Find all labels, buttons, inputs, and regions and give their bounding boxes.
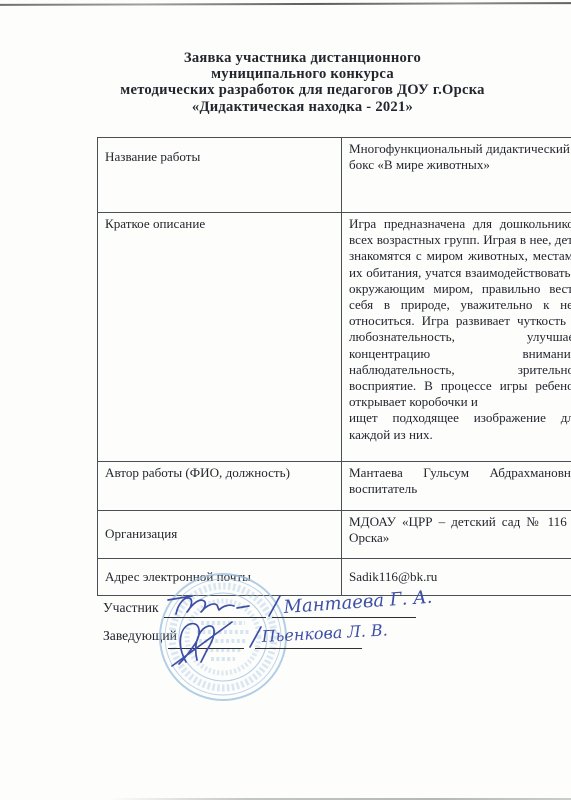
row-value-description: Игра предназначена для дошкольников всех… bbox=[342, 213, 571, 462]
row-label-email: Адрес электронной почты bbox=[98, 559, 342, 596]
row-label-organization: Организация bbox=[98, 511, 342, 559]
head-slash bbox=[250, 627, 261, 647]
row-label-author: Автор работы (ФИО, должность) bbox=[98, 462, 342, 511]
scan-edge-top bbox=[0, 2, 571, 6]
application-table: Название работы Многофункциональный дида… bbox=[97, 137, 571, 596]
page-title: Заявка участника дистанционного муниципа… bbox=[17, 50, 571, 115]
description-paragraph-1: Игра предназначена для дошкольников всех… bbox=[349, 216, 571, 410]
title-line-3: методических разработок для педагогов ДО… bbox=[17, 82, 571, 98]
head-signature-stroke bbox=[172, 622, 232, 666]
scanned-application-form: Заявка участника дистанционного муниципа… bbox=[0, 0, 571, 800]
row-value-email: Sadik116@bk.ru bbox=[342, 559, 571, 596]
description-paragraph-2: ищет подходящее изображение для каждой и… bbox=[349, 410, 571, 442]
participant-signature-stroke bbox=[168, 596, 249, 614]
table-row-description: Краткое описание Игра предназначена для … bbox=[98, 213, 571, 462]
table-row-email: Адрес электронной почты Sadik116@bk.ru bbox=[98, 559, 571, 596]
head-signature-name: Пьенкова Л. В. bbox=[260, 620, 388, 646]
row-label-description: Краткое описание bbox=[98, 213, 342, 462]
row-value-work-title: Многофункциональный дидактический бокс «… bbox=[342, 138, 571, 213]
row-value-organization: МДОАУ «ЦРР – детский сад № 116 г. Орска» bbox=[342, 511, 571, 559]
row-value-author: Мантаева Гульсум Абдрахмановна, воспитат… bbox=[342, 462, 571, 511]
participant-slash bbox=[269, 596, 280, 616]
table-row-author: Автор работы (ФИО, должность) Мантаева Г… bbox=[98, 462, 571, 511]
title-line-1: Заявка участника дистанционного bbox=[17, 50, 571, 66]
table-row-organization: Организация МДОАУ «ЦРР – детский сад № 1… bbox=[98, 511, 571, 559]
participant-role-label: Участник bbox=[103, 600, 159, 616]
row-label-work-title: Название работы bbox=[98, 138, 342, 213]
title-line-4: «Дидактическая находка - 2021» bbox=[17, 99, 571, 115]
table-row-work-title: Название работы Многофункциональный дида… bbox=[98, 138, 571, 213]
head-role-label: Заведующий bbox=[103, 628, 177, 644]
signature-lines bbox=[164, 618, 416, 649]
title-line-2: муниципального конкурса bbox=[17, 66, 571, 82]
